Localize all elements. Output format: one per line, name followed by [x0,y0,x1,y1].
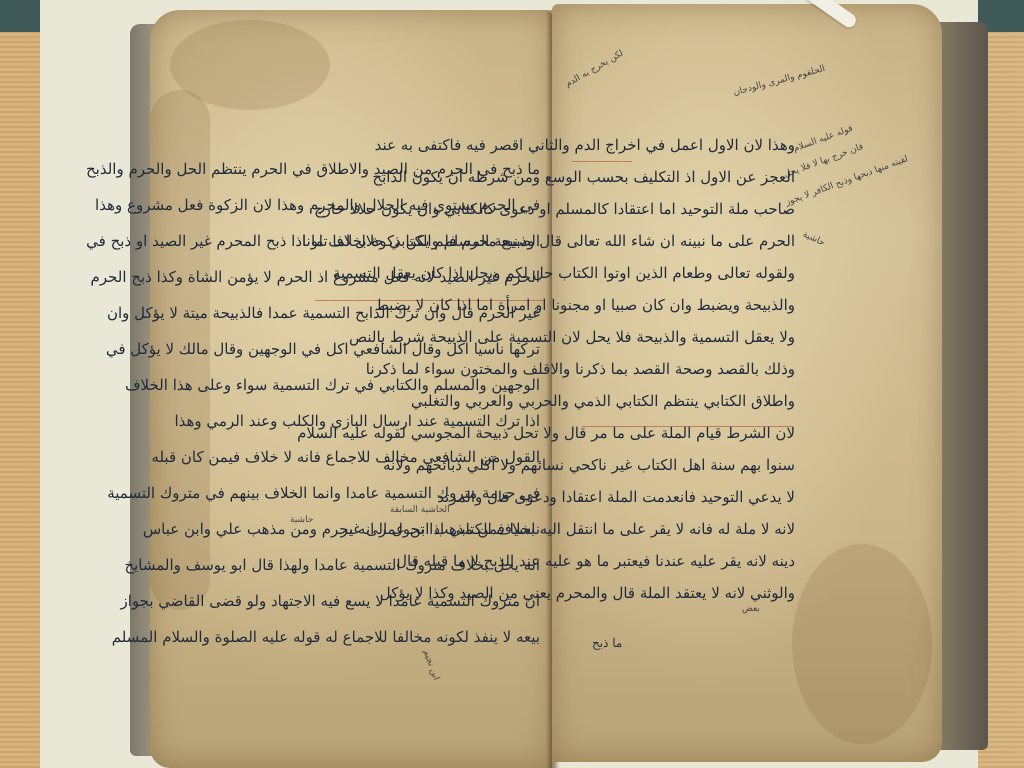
margin-gloss: حاشية [801,230,826,249]
text-line: ولقوله تعالى وطعام الذين اوتوا الكتاب حل… [333,264,795,282]
margin-gloss: لكن يخرج به الدم [564,48,625,89]
margin-gloss: الحاشية السابقة [390,505,450,515]
text-line: سنوا بهم سنة اهل الكتاب غير ناكحي نسائهم… [383,456,795,474]
text-line: الحرم على ما نبينه ان شاء الله تعالى قال… [302,232,795,250]
manuscript-page-right: وهذا لان الاول اعمل في اخراج الدم والثان… [552,4,942,762]
margin-gloss: الحلقوم والمرى والودجان [732,64,826,98]
text-line: لانه لا ملة له فانه لا يقر على ما انتقل … [340,520,795,538]
right-page-text: وهذا لان الاول اعمل في اخراج الدم والثان… [560,136,795,616]
text-line: العجز عن الاول اذ التكليف بحسب الوسع ومن… [372,168,795,186]
text-line: وذلك بالقصد وصحة القصد بما ذكرنا والاقلف… [366,360,795,378]
rubric-overline [572,161,632,162]
water-stain [792,544,932,744]
manuscript-page-left: ما ذبح في الحرم من الصيد والاطلاق في الح… [150,10,552,768]
text-line: بيعه لا ينفذ لكونه مخالفا للاجماع له قول… [112,628,540,646]
text-line: صاحب ملة التوحيد اما اعتقادا كالمسلم او … [314,200,795,218]
margin-gloss: بعض [742,604,760,614]
text-line: وهذا لان الاول اعمل في اخراج الدم والثان… [375,136,795,154]
rubric-overline [582,426,792,427]
text-line: واطلاق الكتابي ينتظم الكتابي الذمي والحر… [411,392,795,410]
text-line: ولا يعقل التسمية والذبيحة فلا يحل لان ال… [349,328,795,346]
catchword: ما ذبح [592,636,622,650]
text-line: لا يدعي التوحيد فانعدمت الملة اعتقادا ود… [437,488,795,506]
text-line: دينه لانه يقر عليه عندنا فيعتبر ما هو عل… [396,552,795,570]
text-line: والوثني لانه لا يعتقد الملة قال والمحرم … [380,584,795,602]
margin-gloss: حاشية [290,515,313,525]
text-line: والذبيحة ويضبط وان كان صبيا او مجنونا او… [375,296,795,314]
